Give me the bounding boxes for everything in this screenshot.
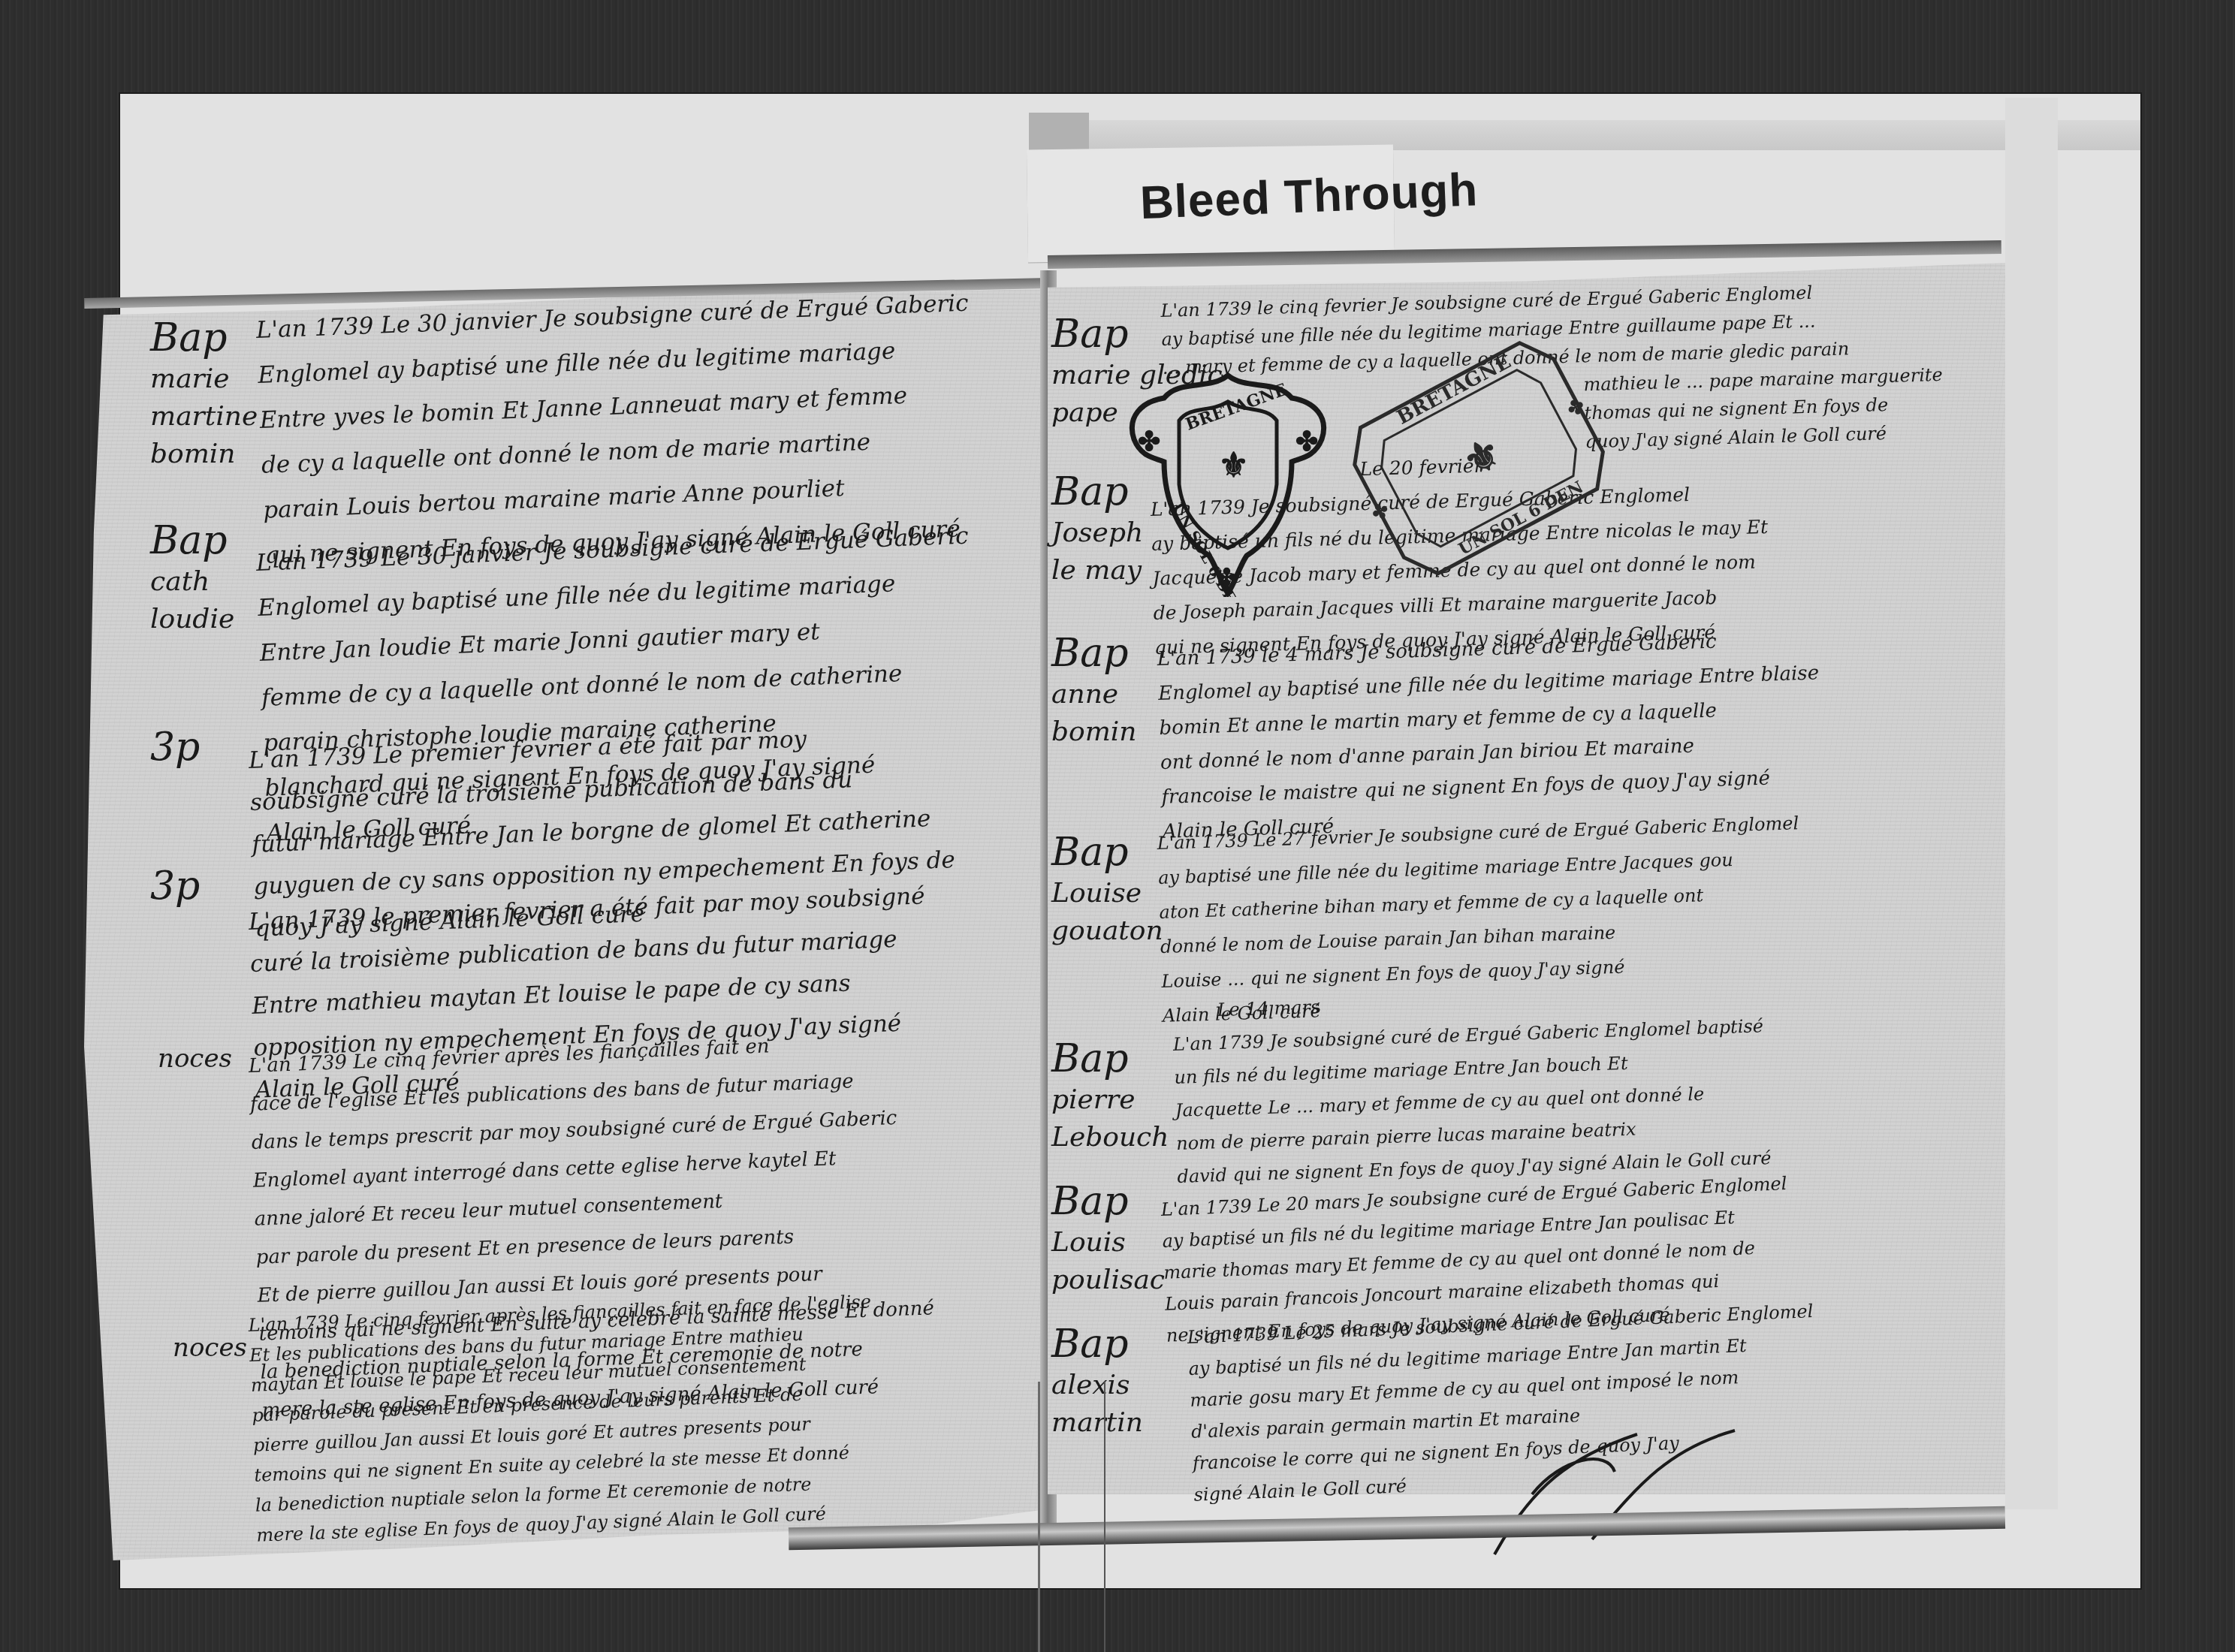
register-entry: Le 14 mars L'an 1739 Je soubsigné curé d… <box>1172 976 1772 1193</box>
bleed-through-label: Bleed Through <box>1027 145 1395 263</box>
svg-text:✤: ✤ <box>1138 426 1160 457</box>
margin-note: 3p <box>150 725 200 770</box>
backing-right-strip <box>2005 98 2058 1509</box>
svg-text:⚜: ⚜ <box>1454 427 1510 488</box>
margin-note: Bap Louise gouaton <box>1051 830 1163 950</box>
svg-text:BRETAGNE: BRETAGNE <box>1183 380 1289 435</box>
margin-note: Bap Louis poulisac <box>1051 1179 1165 1299</box>
margin-note: Bap anne bomin <box>1051 631 1137 751</box>
svg-text:⚜: ⚜ <box>1218 445 1249 485</box>
margin-note: Bap marie martine bomin <box>150 315 258 473</box>
margin-note: 3p <box>150 864 200 909</box>
margin-note: Bap cath loudie <box>150 518 234 638</box>
signature-flourish <box>1487 1427 1757 1562</box>
margin-note: Bap alexis martin <box>1051 1322 1143 1442</box>
scan-artifact-line <box>1104 1382 1105 1652</box>
margin-note: noces <box>158 1040 232 1078</box>
scan-artifact-line <box>1038 1382 1040 1652</box>
register-entry: L'an 1739 Le cinq fevrier après les fian… <box>248 1286 879 1551</box>
page-top-shadow <box>1089 120 2140 150</box>
shield-tax-stamp: BRETAGNE UN SOL 6 DEN ⚜ ✤ ✤ ✤ <box>1119 372 1337 600</box>
svg-text:✤: ✤ <box>1217 563 1237 592</box>
margin-note: noces <box>173 1329 247 1367</box>
svg-text:✤: ✤ <box>1295 426 1318 457</box>
margin-note: Bap pierre Lebouch <box>1051 1036 1169 1156</box>
